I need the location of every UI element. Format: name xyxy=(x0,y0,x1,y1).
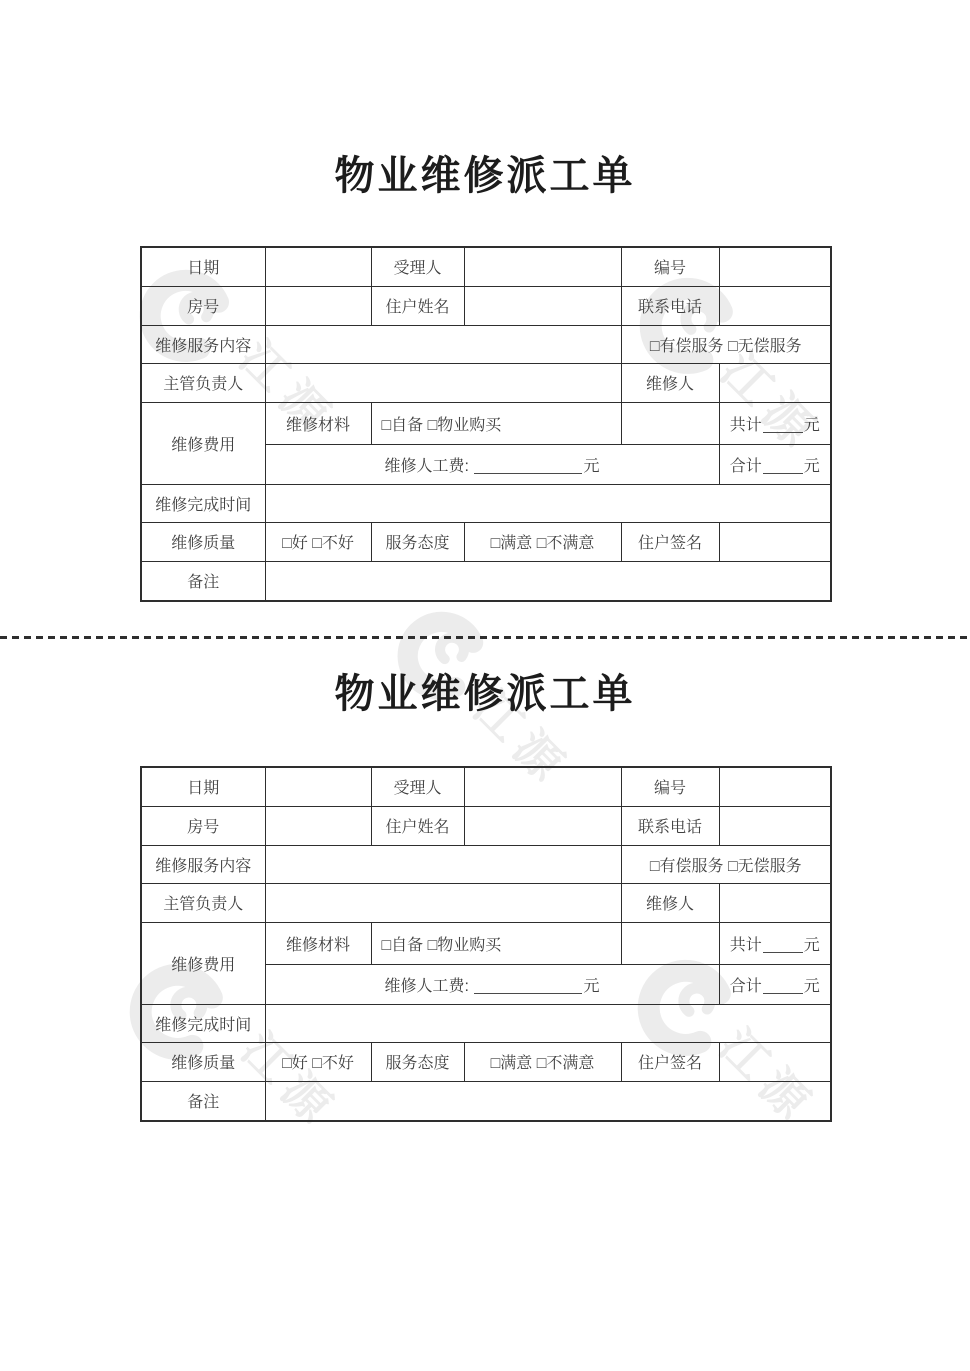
form-title: 物业维修派工单 xyxy=(140,672,830,716)
finish-time-value-cell xyxy=(265,484,831,522)
form-title: 物业维修派工单 xyxy=(140,154,830,198)
signature-label: 住户签名 xyxy=(621,1042,719,1081)
total-blank xyxy=(763,460,803,474)
finish-time-label: 维修完成时间 xyxy=(141,1004,265,1042)
finish-time-label: 维修完成时间 xyxy=(141,484,265,522)
acceptor-label: 受理人 xyxy=(371,247,464,286)
quality-options: □好 □不好 xyxy=(265,1042,371,1081)
subtotal-unit: 元 xyxy=(804,937,820,954)
service-content-label: 维修服务内容 xyxy=(141,845,265,883)
labor-fee-blank xyxy=(474,460,582,474)
total-cell: 合计元 xyxy=(719,444,831,484)
material-label: 维修材料 xyxy=(265,922,371,964)
service-type-options: □有偿服务 □无偿服务 xyxy=(621,325,831,363)
remark-value-cell xyxy=(265,1081,831,1121)
work-order-table-top: 日期 受理人 编号 房号 住户姓名 联系电话 维修服务内容 □有偿服务 □无偿服… xyxy=(140,246,832,602)
dashed-cut-line xyxy=(0,636,970,639)
subtotal-label: 共计 xyxy=(730,937,762,954)
attitude-label: 服务态度 xyxy=(371,522,464,561)
phone-label: 联系电话 xyxy=(621,286,719,325)
room-value-cell xyxy=(265,286,371,325)
resident-label: 住户姓名 xyxy=(371,286,464,325)
room-value-cell xyxy=(265,806,371,845)
total-unit: 元 xyxy=(804,978,820,995)
document-page: 江源 江源 江源 江源 江源 物业维修派工单 日期 受理人 编号 xyxy=(0,0,970,1371)
finish-time-value-cell xyxy=(265,1004,831,1042)
service-content-value-cell xyxy=(265,845,621,883)
resident-value-cell xyxy=(464,286,621,325)
labor-fee-label: 维修人工费: xyxy=(385,978,469,995)
supervisor-value-cell xyxy=(265,883,621,922)
fee-label: 维修费用 xyxy=(141,922,265,1004)
subtotal-unit: 元 xyxy=(804,417,820,434)
remark-label: 备注 xyxy=(141,1081,265,1121)
signature-label: 住户签名 xyxy=(621,522,719,561)
signature-value-cell xyxy=(719,1042,831,1081)
total-blank xyxy=(763,980,803,994)
repairer-value-cell xyxy=(719,363,831,402)
work-order-table-bottom: 日期 受理人 编号 房号 住户姓名 联系电话 维修服务内容 □有偿服务 □无偿服… xyxy=(140,766,832,1122)
signature-value-cell xyxy=(719,522,831,561)
supervisor-label: 主管负责人 xyxy=(141,363,265,402)
material-extra-cell xyxy=(621,402,719,444)
quality-options: □好 □不好 xyxy=(265,522,371,561)
supervisor-label: 主管负责人 xyxy=(141,883,265,922)
supervisor-value-cell xyxy=(265,363,621,402)
acceptor-value-cell xyxy=(464,247,621,286)
phone-value-cell xyxy=(719,286,831,325)
fee-label: 维修费用 xyxy=(141,402,265,484)
subtotal-label: 共计 xyxy=(730,417,762,434)
service-type-options: □有偿服务 □无偿服务 xyxy=(621,845,831,883)
resident-value-cell xyxy=(464,806,621,845)
number-value-cell xyxy=(719,247,831,286)
repairer-label: 维修人 xyxy=(621,883,719,922)
service-content-label: 维修服务内容 xyxy=(141,325,265,363)
labor-fee-unit: 元 xyxy=(583,458,599,475)
date-label: 日期 xyxy=(141,247,265,286)
date-value-cell xyxy=(265,767,371,806)
acceptor-label: 受理人 xyxy=(371,767,464,806)
phone-value-cell xyxy=(719,806,831,845)
subtotal-cell: 共计元 xyxy=(719,402,831,444)
phone-label: 联系电话 xyxy=(621,806,719,845)
subtotal-blank xyxy=(763,419,803,433)
total-label: 合计 xyxy=(730,458,762,475)
subtotal-cell: 共计元 xyxy=(719,922,831,964)
number-label: 编号 xyxy=(621,247,719,286)
attitude-options: □满意 □不满意 xyxy=(464,522,621,561)
remark-label: 备注 xyxy=(141,561,265,601)
material-label: 维修材料 xyxy=(265,402,371,444)
room-label: 房号 xyxy=(141,806,265,845)
remark-value-cell xyxy=(265,561,831,601)
labor-fee-unit: 元 xyxy=(583,978,599,995)
attitude-label: 服务态度 xyxy=(371,1042,464,1081)
repairer-value-cell xyxy=(719,883,831,922)
material-extra-cell xyxy=(621,922,719,964)
number-value-cell xyxy=(719,767,831,806)
service-content-value-cell xyxy=(265,325,621,363)
attitude-options: □满意 □不满意 xyxy=(464,1042,621,1081)
repairer-label: 维修人 xyxy=(621,363,719,402)
room-label: 房号 xyxy=(141,286,265,325)
labor-fee-cell: 维修人工费: 元 xyxy=(265,444,719,484)
labor-fee-blank xyxy=(474,980,582,994)
acceptor-value-cell xyxy=(464,767,621,806)
date-label: 日期 xyxy=(141,767,265,806)
subtotal-blank xyxy=(763,939,803,953)
quality-label: 维修质量 xyxy=(141,522,265,561)
material-options: □自备 □物业购买 xyxy=(371,922,621,964)
resident-label: 住户姓名 xyxy=(371,806,464,845)
total-unit: 元 xyxy=(804,458,820,475)
date-value-cell xyxy=(265,247,371,286)
total-cell: 合计元 xyxy=(719,964,831,1004)
material-options: □自备 □物业购买 xyxy=(371,402,621,444)
content-layer: 物业维修派工单 日期 受理人 编号 房号 住户姓名 联系电话 xyxy=(0,0,970,1371)
labor-fee-cell: 维修人工费: 元 xyxy=(265,964,719,1004)
total-label: 合计 xyxy=(730,978,762,995)
labor-fee-label: 维修人工费: xyxy=(385,458,469,475)
number-label: 编号 xyxy=(621,767,719,806)
quality-label: 维修质量 xyxy=(141,1042,265,1081)
